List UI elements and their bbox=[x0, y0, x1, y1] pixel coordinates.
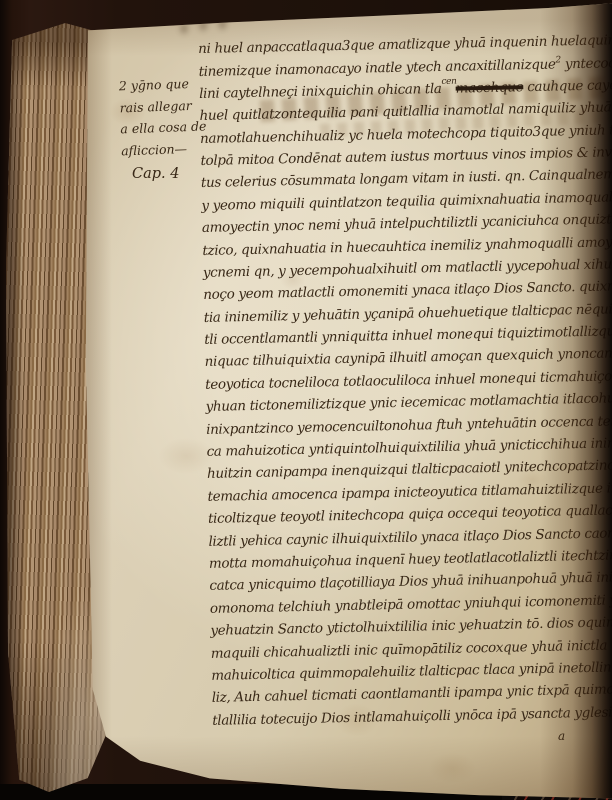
manuscript-segment: yntecoco tetli bbox=[561, 55, 612, 73]
ink-bleedthrough-folio-smudge bbox=[172, 12, 232, 42]
margin-notes: 2 yḡno que rais allegar a ella cosa de a… bbox=[119, 73, 202, 162]
manuscript-segment: cauhque cayehuatl bbox=[523, 76, 612, 95]
margin-note-line: afliccion— bbox=[121, 137, 202, 161]
manuscript-page: 2 yḡno que rais allegar a ella cosa de a… bbox=[80, 0, 612, 800]
margin-note-line: 2 yḡno que bbox=[119, 73, 200, 97]
chapter-label: Cap. 4 bbox=[132, 166, 179, 182]
manuscript-segment-above: cen bbox=[441, 76, 456, 86]
manuscript-segment: ni huel anpaccatlaqua3que amatlizque yhu… bbox=[198, 31, 612, 57]
margin-note-line: a ella cosa de bbox=[120, 116, 201, 140]
manuscript-segment-struck: macehque bbox=[456, 79, 524, 96]
manuscript-photo: { "colors": { "page": "#d7cbae", "ink": … bbox=[0, 0, 612, 800]
catchword: a bbox=[558, 729, 565, 743]
margin-note-line: rais allegar bbox=[119, 94, 200, 118]
text-block: ni huel anpaccatlaqua3que amatlizque yhu… bbox=[198, 33, 612, 735]
